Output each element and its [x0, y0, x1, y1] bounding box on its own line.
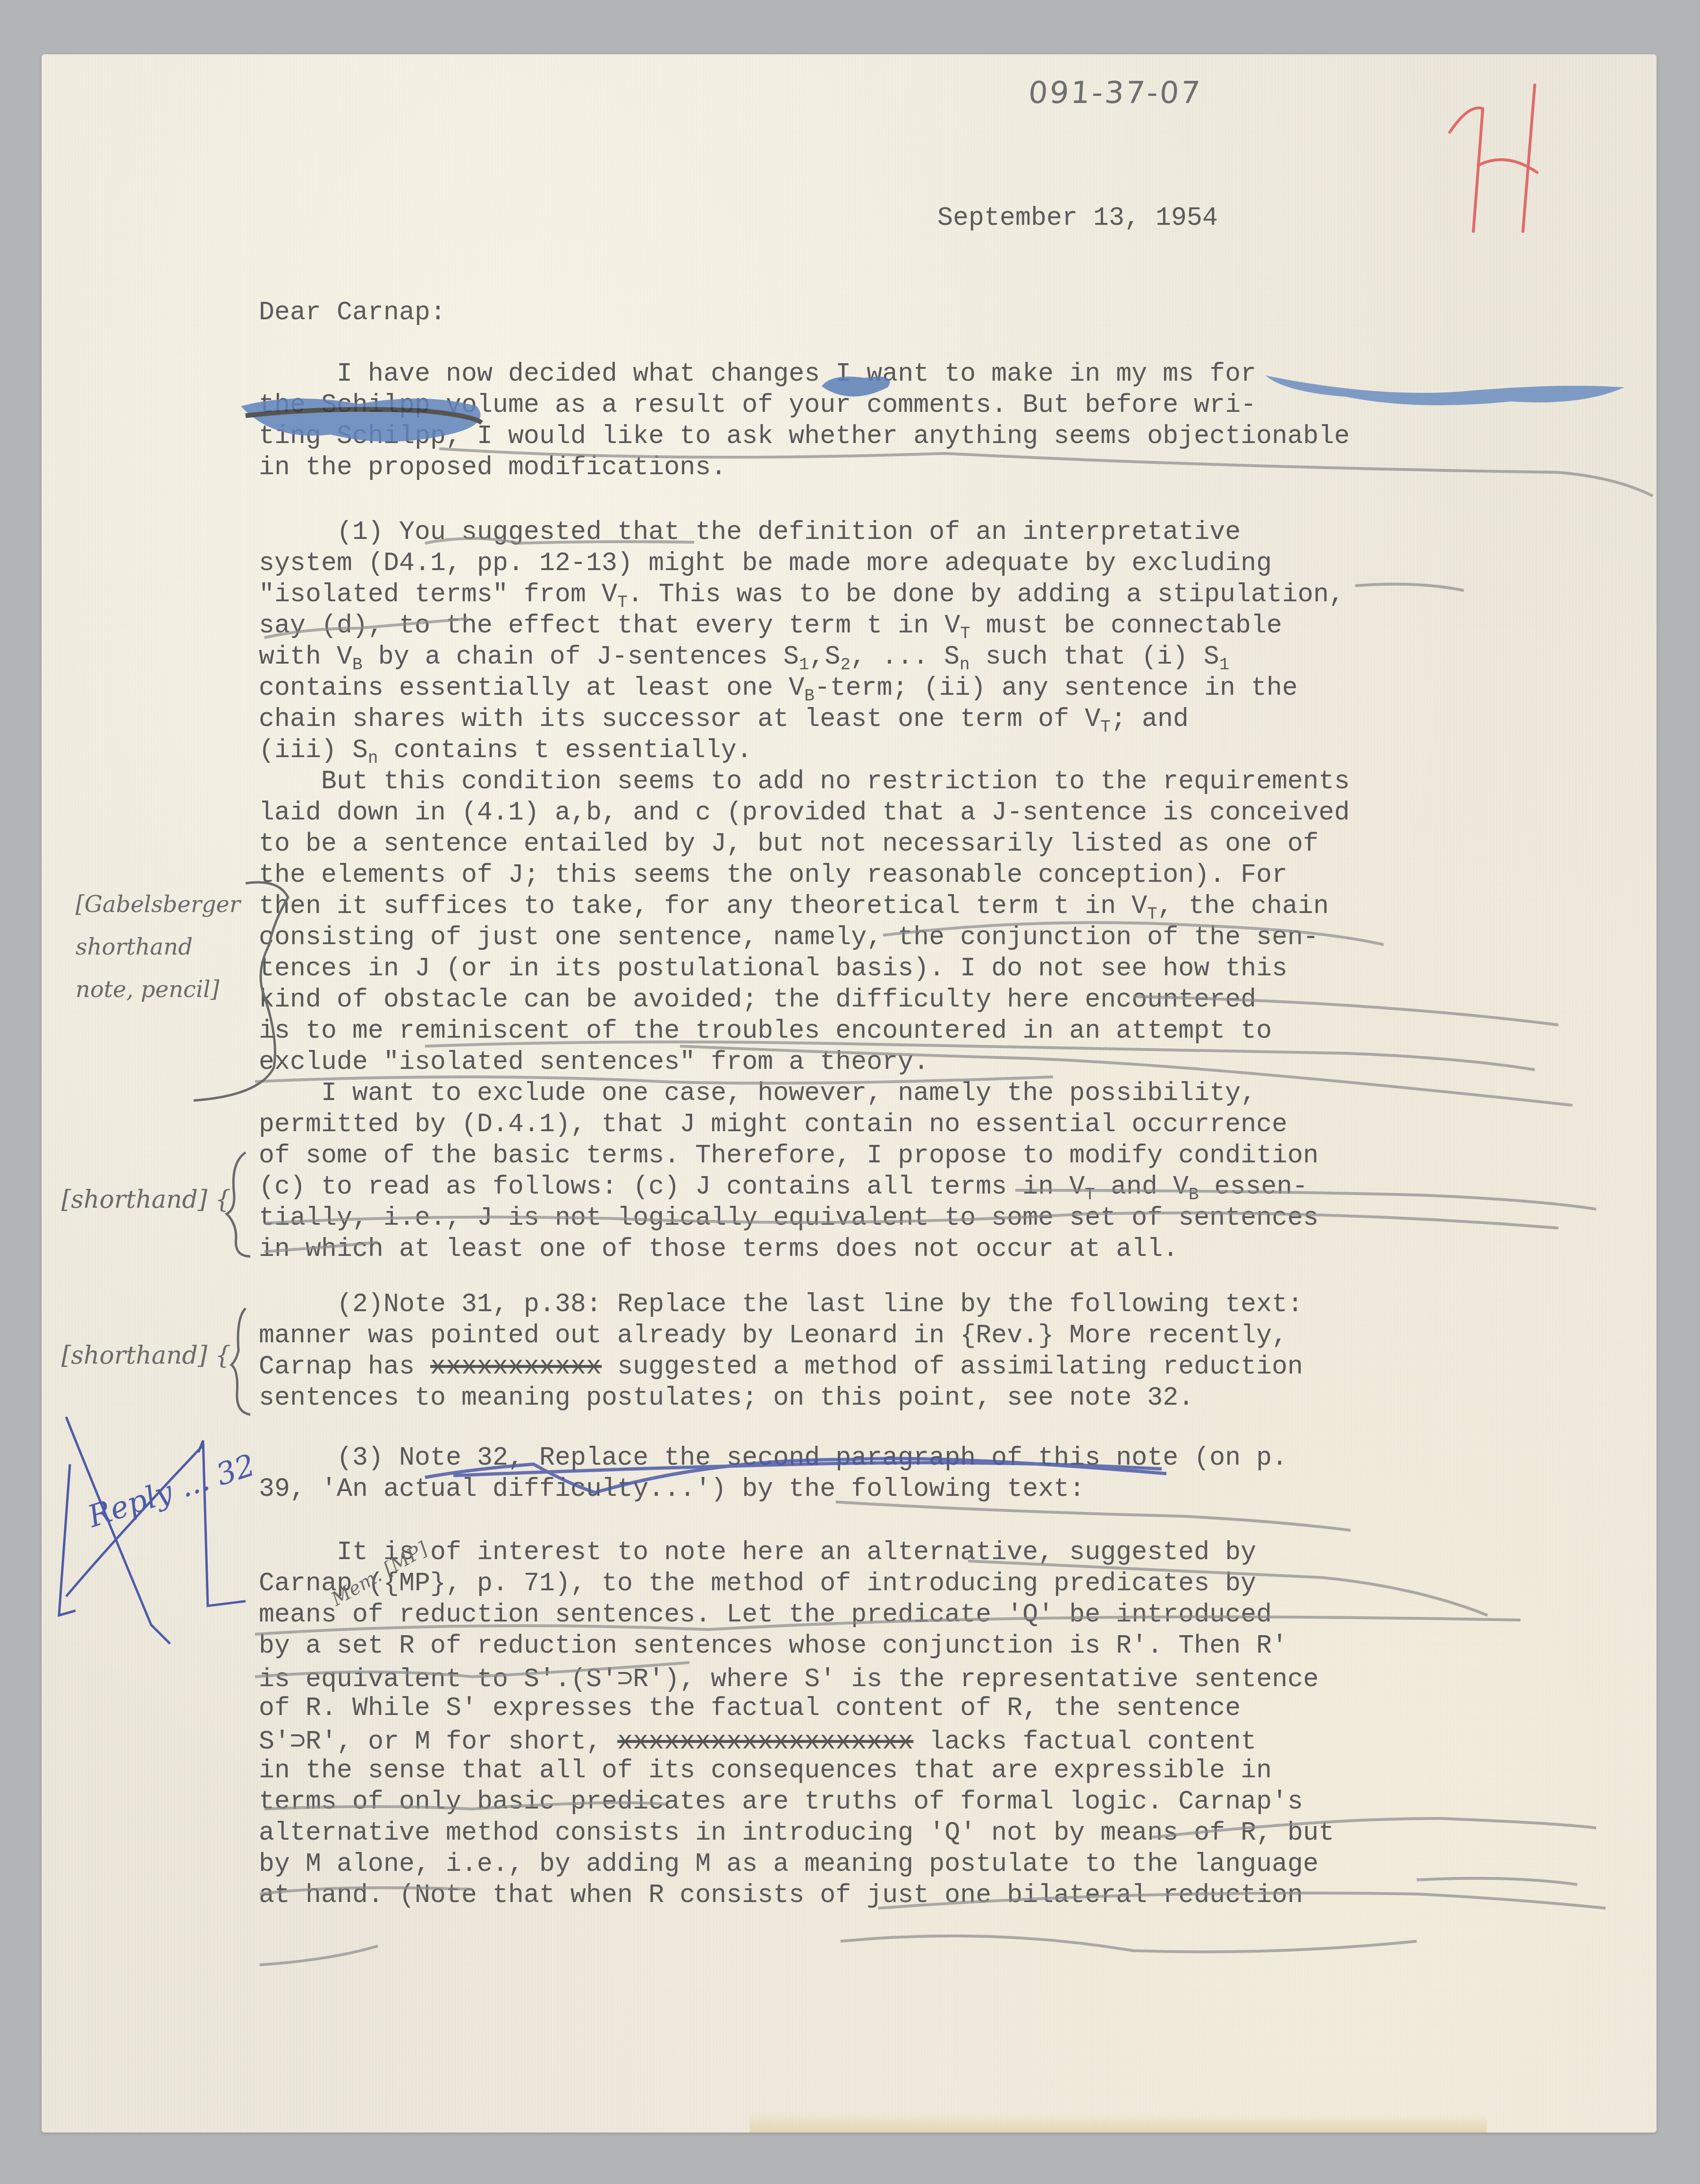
text-line: S'⊃R', or M for short, xxxxxxxxxxxxxxxxx…	[259, 1724, 1256, 1757]
text-line: at hand. (Note that when R consists of j…	[259, 1880, 1303, 1910]
text-line: sentences to meaning postulates; on this…	[259, 1383, 1194, 1413]
text-line: I have now decided what changes I want t…	[259, 359, 1256, 389]
text-line: in the sense that all of its consequence…	[259, 1756, 1272, 1785]
text-line: laid down in (4.1) a,b, and c (provided …	[259, 798, 1350, 828]
text-line: "isolated terms" from VT. This was to be…	[259, 580, 1344, 612]
paper-stain	[750, 2114, 1487, 2133]
shorthand-note-3: [shorthand] {	[61, 1341, 231, 1370]
text-line: the elements of J; this seems the only r…	[259, 860, 1287, 890]
text-line: permitted by (D.4.1), that J might conta…	[259, 1109, 1287, 1139]
text-line: chain shares with its successor at least…	[259, 704, 1189, 737]
text-line: system (D4.1, pp. 12-13) might be made m…	[259, 548, 1272, 578]
text-line: to be a sentence entailed by J, but not …	[259, 829, 1318, 859]
text-line: in which at least one of those terms doe…	[259, 1234, 1178, 1264]
text-line: of R. While S' expresses the factual con…	[259, 1693, 1241, 1723]
text-line: tences in J (or in its postulational bas…	[259, 954, 1287, 983]
archive-number: 091-37-07	[1027, 76, 1203, 111]
text-line: is equivalent to S'.(S'⊃R'), where S' is…	[259, 1662, 1318, 1694]
text-line: say (d), to the effect that every term t…	[259, 611, 1282, 643]
text-line: (2)Note 31, p.38: Replace the last line …	[259, 1289, 1303, 1319]
text-line: But this condition seems to add no restr…	[259, 767, 1350, 796]
text-line: alternative method consists in introduci…	[259, 1818, 1334, 1848]
text-line: is to me reminiscent of the troubles enc…	[259, 1016, 1272, 1046]
text-line: exclude "isolated sentences" from a theo…	[259, 1047, 929, 1077]
shorthand-note-2: [shorthand] {	[61, 1186, 231, 1214]
text-line: manner was pointed out already by Leonar…	[259, 1321, 1287, 1350]
text-line: Carnap has xxxxxxxxxxx suggested a metho…	[259, 1352, 1303, 1382]
text-line: by M alone, i.e., by adding M as a meani…	[259, 1849, 1318, 1879]
text-line: then it suffices to take, for any theore…	[259, 891, 1329, 924]
text-line: consisting of just one sentence, namely,…	[259, 922, 1318, 952]
red-h-mark-icon	[1440, 76, 1563, 236]
text-line: the Schilpp volume as a result of your c…	[259, 390, 1256, 420]
text-line: with VB by a chain of J-sentences S1,S2,…	[259, 642, 1229, 674]
text-line: ting Schilpp, I would like to ask whethe…	[259, 421, 1350, 451]
salutation: Dear Carnap:	[259, 298, 446, 327]
text-line: Carnap ({MP}, p. 71), to the method of i…	[259, 1569, 1256, 1598]
text-line: 39, 'An actual difficulty...') by the fo…	[259, 1474, 1085, 1504]
text-line: by a set R of reduction sentences whose …	[259, 1631, 1287, 1661]
text-line: kind of obstacle can be avoided; the dif…	[259, 985, 1256, 1015]
text-line: tially, i.e., J is not logically equival…	[259, 1203, 1318, 1233]
text-line: (c) to read as follows: (c) J contains a…	[259, 1172, 1308, 1204]
letter-date: September 13, 1954	[937, 203, 1218, 233]
text-line: (3) Note 32, Replace the second paragrap…	[259, 1443, 1287, 1473]
text-line: in the proposed modifications.	[259, 452, 726, 482]
text-line: (1) You suggested that the definition of…	[259, 517, 1241, 547]
shorthand-note-1: [Gabelsberger shorthand note, pencil]	[76, 883, 255, 1011]
text-line: (iii) Sn contains t essentially.	[259, 735, 752, 768]
text-line: terms of only basic predicates are truth…	[259, 1787, 1303, 1817]
text-line: of some of the basic terms. Therefore, I…	[259, 1141, 1318, 1170]
text-line: I want to exclude one case, however, nam…	[259, 1078, 1256, 1108]
text-line: means of reduction sentences. Let the pr…	[259, 1600, 1272, 1629]
text-line: contains essentially at least one VB-ter…	[259, 673, 1298, 706]
